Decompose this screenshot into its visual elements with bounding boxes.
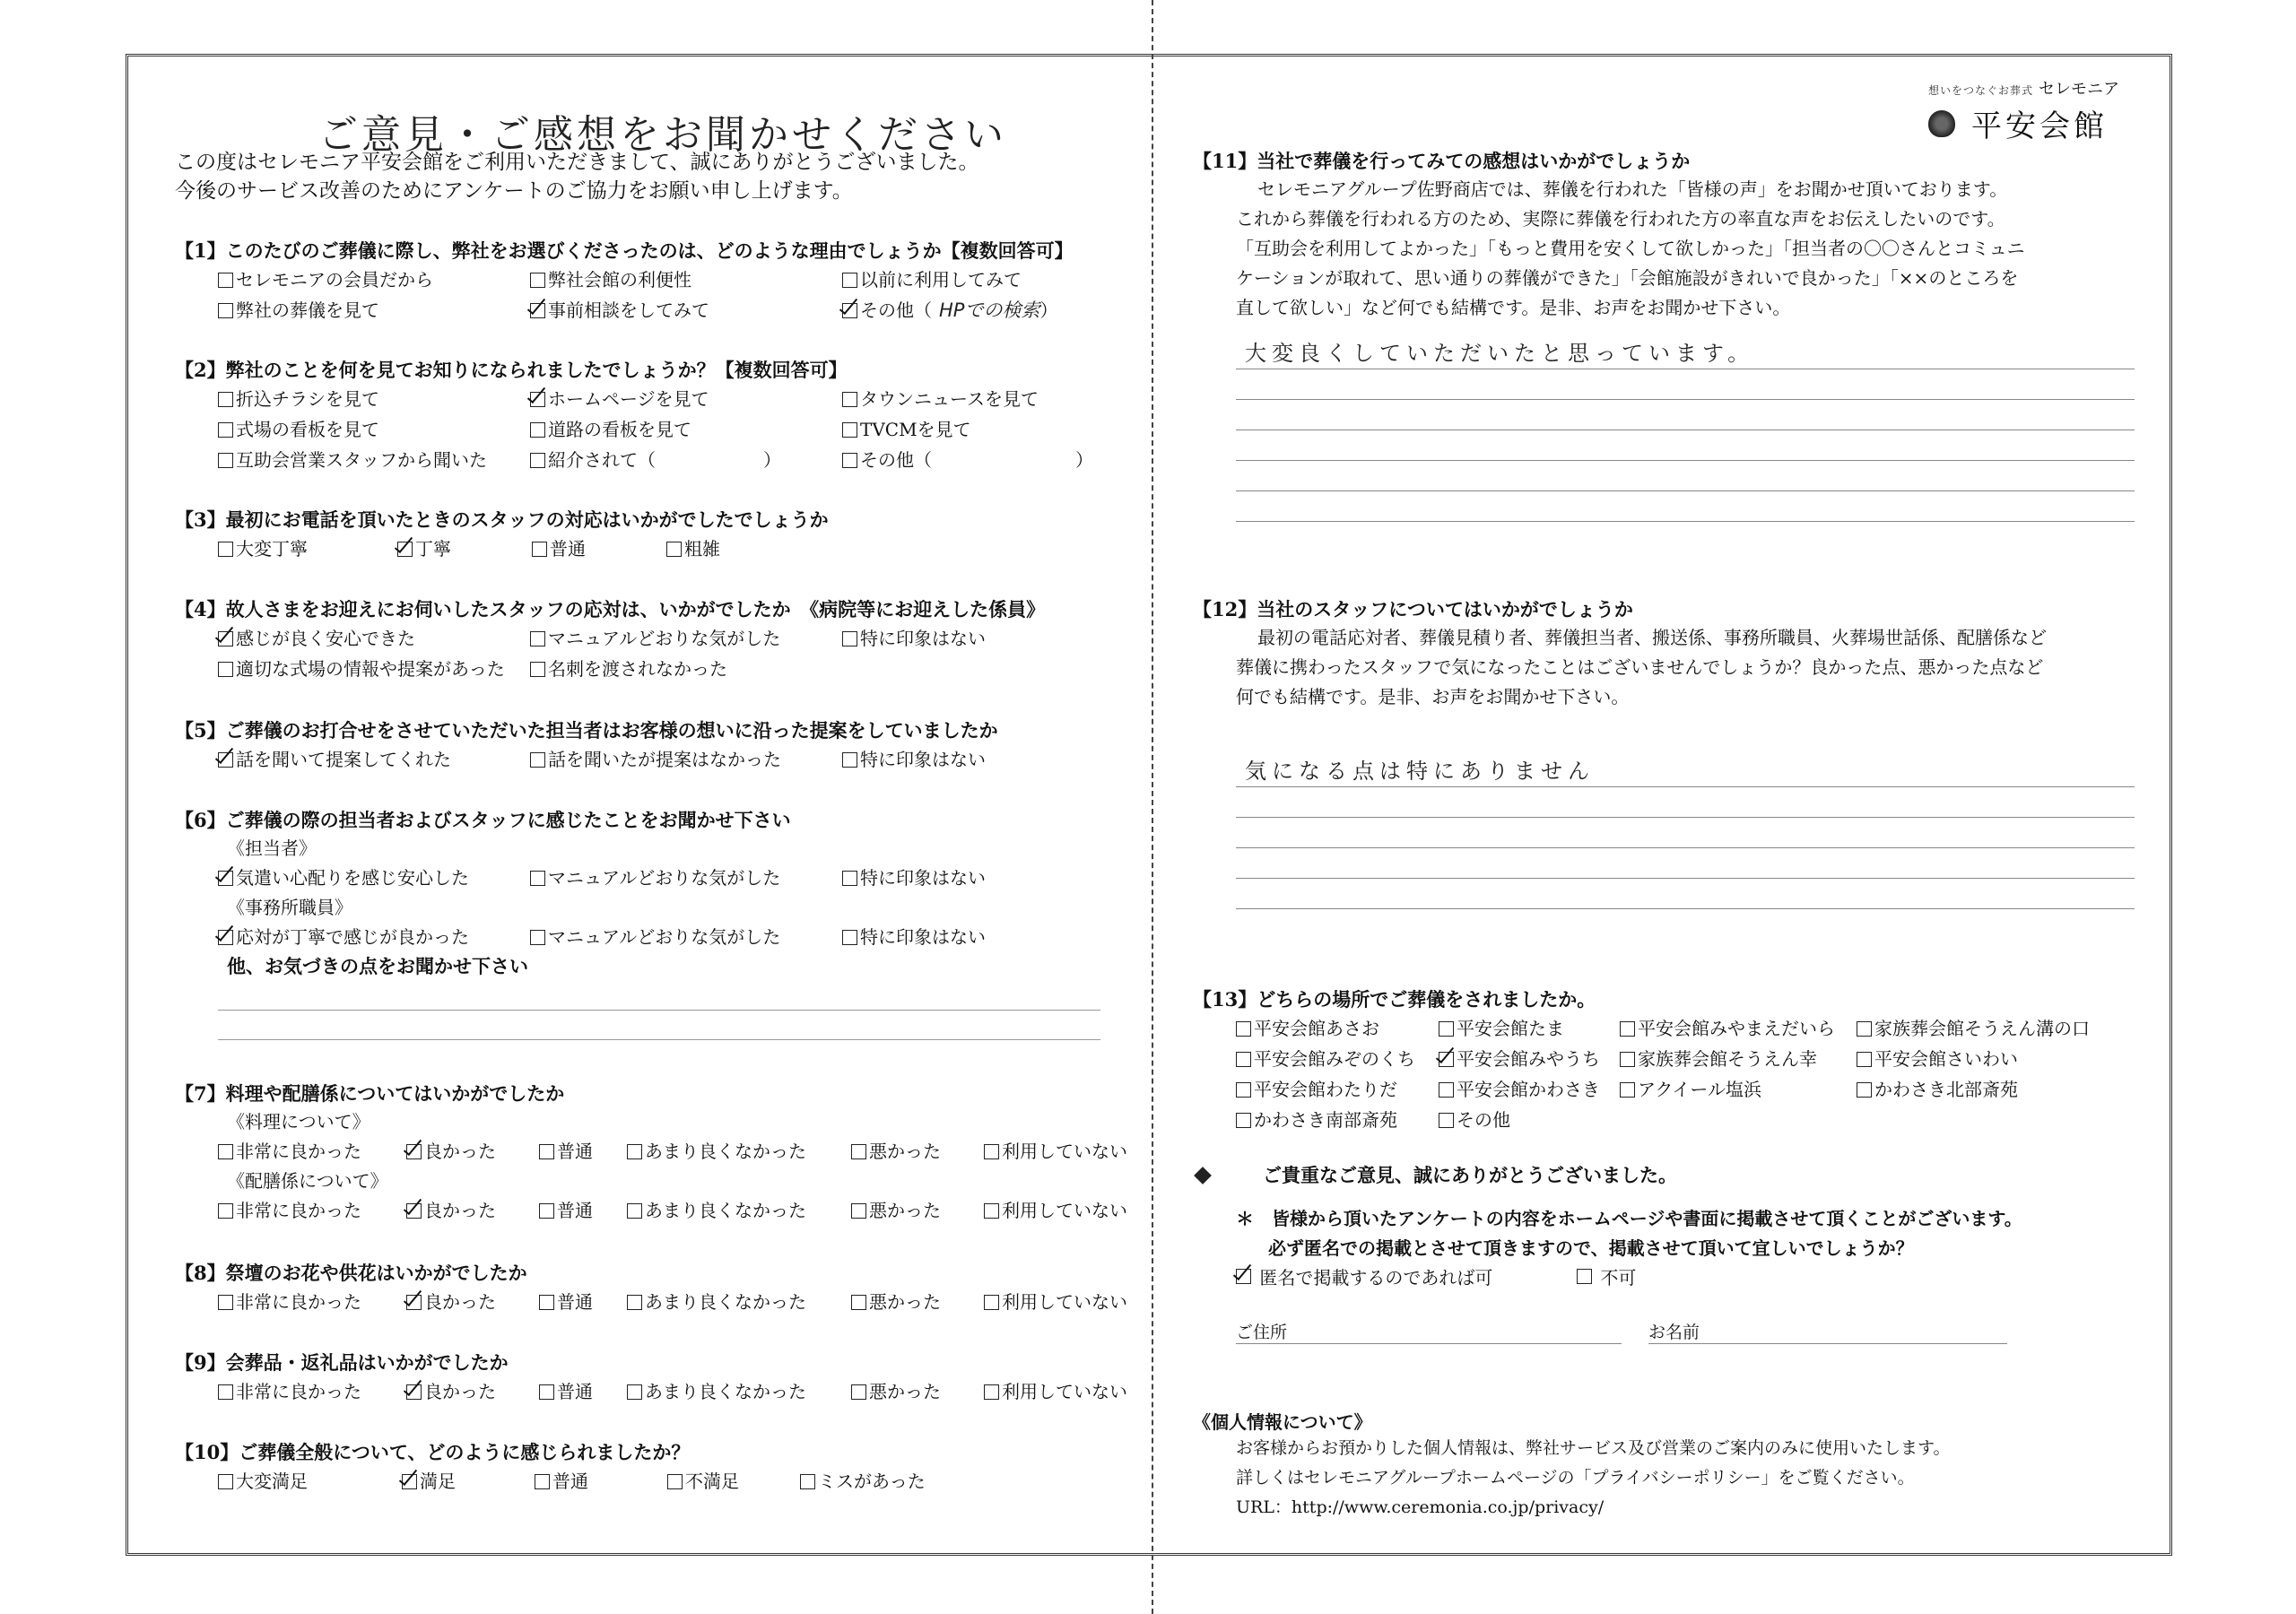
checkbox[interactable]	[218, 1384, 233, 1400]
checkbox[interactable]	[218, 1144, 233, 1159]
checkbox[interactable]	[851, 1203, 866, 1219]
q10-unsatisfied[interactable]: 不満足	[667, 1466, 800, 1497]
checkbox[interactable]	[1236, 1021, 1251, 1037]
q7-food-options: 非常に良かった 良かった 普通 あまり良くなかった 悪かった 利用していない	[175, 1136, 1135, 1167]
checkbox[interactable]	[218, 422, 233, 438]
closing-section: ご貴重なご意見、誠にありがとうございました。 ＊ 皆様から頂いたアンケートの内容…	[1193, 1161, 2135, 1344]
q13-venue-accueil-shiohama[interactable]: アクイール塩浜	[1620, 1074, 1857, 1105]
checkbox[interactable]	[530, 631, 545, 646]
publish-notice: ＊ 皆様から頂いたアンケートの内容をホームページや書面に掲載させて頂くことがござ…	[1193, 1204, 2135, 1263]
checkbox[interactable]	[851, 1144, 866, 1159]
q5-option-listened-proposed[interactable]: 話を聞いて提案してくれた	[218, 744, 530, 775]
logo-mark-icon	[1928, 110, 1955, 137]
checkbox-checked[interactable]	[406, 1144, 422, 1159]
logo-tagline: 想いをつなぐお葬式	[1928, 84, 2033, 97]
q13-venue-kawasaki[interactable]: 平安会館かわさき	[1439, 1074, 1620, 1105]
checkbox[interactable]	[667, 1474, 683, 1489]
checkbox[interactable]	[1439, 1021, 1454, 1037]
checkbox[interactable]	[842, 871, 857, 886]
question-13: 【13】どちらの場所でご葬儀をされましたか。 平安会館あさお 平安会館たま 平安…	[1193, 986, 2135, 1135]
checkbox[interactable]	[627, 1295, 642, 1310]
checkbox-checked[interactable]	[218, 871, 233, 886]
q4-option-no-impression[interactable]: 特に印象はない	[842, 623, 1111, 654]
checkbox[interactable]	[218, 303, 233, 318]
q5-options: 話を聞いて提案してくれた 話を聞いたが提案はなかった 特に印象はない	[175, 744, 1135, 775]
privacy-heading: 《個人情報について》	[1193, 1408, 2135, 1434]
checkbox-checked[interactable]	[842, 303, 857, 318]
q6-office-option-no-impression[interactable]: 特に印象はない	[842, 922, 1111, 952]
question-9: 【9】会葬品・返礼品はいかがでしたか 非常に良かった 良かった 普通 あまり良く…	[175, 1349, 1135, 1407]
q10-mistake[interactable]: ミスがあった	[800, 1466, 979, 1497]
checkbox-checked[interactable]	[397, 542, 413, 557]
publish-consent-options: 匿名で掲載するのであれば可 不可	[1193, 1263, 2135, 1289]
q2-option-venue-sign[interactable]: 式場の看板を見て	[218, 414, 530, 445]
checkbox-checked[interactable]	[218, 752, 233, 768]
checkbox-checked[interactable]	[1236, 1269, 1251, 1284]
q8-very-good[interactable]: 非常に良かった	[218, 1287, 406, 1317]
q9-not-used[interactable]: 利用していない	[984, 1376, 1127, 1407]
checkbox[interactable]	[530, 752, 545, 768]
q7-food-very-good[interactable]: 非常に良かった	[218, 1136, 406, 1167]
thanks-message: ご貴重なご意見、誠にありがとうございました。	[1193, 1161, 2135, 1188]
q12-answer-area[interactable]: 気になる点は特にありません	[1236, 757, 2135, 909]
q8-normal[interactable]: 普通	[539, 1287, 627, 1317]
q6-comment-line-1[interactable]	[218, 981, 1100, 1011]
checkbox[interactable]	[1620, 1021, 1635, 1037]
q1-options: セレモニアの会員だから 弊社会館の利便性 以前に利用してみて 弊社の葬儀を見て …	[175, 265, 1135, 325]
q13-venue-tama[interactable]: 平安会館たま	[1439, 1013, 1620, 1044]
checkbox[interactable]	[218, 542, 233, 557]
q13-venue-kawasaki-nanbu[interactable]: かわさき南部斎苑	[1236, 1105, 1439, 1135]
q4-option-manual[interactable]: マニュアルどおりな気がした	[530, 623, 842, 654]
q8-not-good[interactable]: あまり良くなかった	[627, 1287, 851, 1317]
q6-staff-option-caring[interactable]: 気遣い心配りを感じ安心した	[218, 863, 530, 893]
checkbox-checked[interactable]	[218, 930, 233, 945]
q12-handwritten-answer: 気になる点は特にありません	[1245, 753, 1595, 785]
checkbox[interactable]	[1857, 1021, 1872, 1037]
q10-options: 大変満足 満足 普通 不満足 ミスがあった	[175, 1466, 1135, 1497]
question-11: 【11】当社で葬儀を行ってみての感想はいかがでしょうか セレモニアグループ佐野商…	[1193, 148, 2135, 522]
q10-satisfied[interactable]: 満足	[402, 1466, 535, 1497]
q13-venue-kawasaki-hokubu[interactable]: かわさき北部斎苑	[1857, 1074, 2092, 1105]
q11-description: セレモニアグループ佐野商店では、葬儀を行われた「皆様の声」をお聞かせ頂いておりま…	[1193, 175, 2135, 323]
q10-very-satisfied[interactable]: 大変満足	[218, 1466, 402, 1497]
checkbox[interactable]	[1857, 1082, 1872, 1098]
question-text: どちらの場所でご葬儀をされましたか。	[1257, 988, 1596, 1011]
q1-option-used-before[interactable]: 以前に利用してみて	[842, 265, 1111, 295]
handwritten-other-reason[interactable]: HPでの検索	[939, 295, 1039, 325]
q8-not-used[interactable]: 利用していない	[984, 1287, 1127, 1317]
checkbox[interactable]	[1439, 1082, 1454, 1098]
q3-options: 大変丁寧 丁寧 普通 粗雑	[175, 534, 1135, 564]
privacy-url-link[interactable]: URL：http://www.ceremonia.co.jp/privacy/	[1236, 1493, 2135, 1523]
q13-venue-saiwai[interactable]: 平安会館さいわい	[1857, 1044, 2092, 1074]
q7-food-label: 《料理について》	[175, 1107, 1135, 1136]
checkbox[interactable]	[1236, 1052, 1251, 1067]
checkbox[interactable]	[539, 1384, 554, 1400]
q13-venue-miyauchi[interactable]: 平安会館みやうち	[1439, 1044, 1620, 1074]
q6-office-option-manual[interactable]: マニュアルどおりな気がした	[530, 922, 842, 952]
signature-fields: ご住所 お名前	[1193, 1316, 2135, 1344]
q13-venue-other[interactable]: その他	[1439, 1105, 1620, 1135]
q6-staff-label: 《担当者》	[175, 834, 1135, 863]
checkbox[interactable]	[218, 273, 233, 288]
checkbox-checked[interactable]	[530, 392, 545, 407]
q9-very-good[interactable]: 非常に良かった	[218, 1376, 406, 1407]
checkbox[interactable]	[539, 1144, 554, 1159]
q7-food-not-good[interactable]: あまり良くなかった	[627, 1136, 851, 1167]
q13-venue-soen-saiwai[interactable]: 家族葬会館そうえん幸	[1620, 1044, 1857, 1074]
page-fold-divider	[1152, 0, 1153, 1614]
checkbox-checked[interactable]	[406, 1203, 422, 1219]
q5-option-no-proposal[interactable]: 話を聞いたが提案はなかった	[530, 744, 842, 775]
checkbox[interactable]	[842, 752, 857, 768]
q7-server-options: 非常に良かった 良かった 普通 あまり良くなかった 悪かった 利用していない	[175, 1195, 1135, 1226]
q7-server-normal[interactable]: 普通	[539, 1195, 627, 1226]
q6-staff-options: 気遣い心配りを感じ安心した マニュアルどおりな気がした 特に印象はない	[175, 863, 1135, 893]
q6-comment-line-2[interactable]	[218, 1011, 1100, 1040]
checkbox[interactable]	[1857, 1052, 1872, 1067]
question-text: 祭壇のお花や供花はいかがでしたか	[226, 1262, 527, 1284]
q12-description: 最初の電話応対者、葬儀見積り者、葬儀担当者、搬送係、事務所職員、火葬場世話係、配…	[1193, 623, 2135, 712]
checkbox[interactable]	[530, 871, 545, 886]
q8-options: 非常に良かった 良かった 普通 あまり良くなかった 悪かった 利用していない	[175, 1287, 1135, 1317]
q2-option-road-sign[interactable]: 道路の看板を見て	[530, 414, 842, 445]
q3-option-normal[interactable]: 普通	[532, 534, 666, 564]
q7-food-bad[interactable]: 悪かった	[851, 1136, 984, 1167]
q6-office-option-polite[interactable]: 応対が丁寧で感じが良かった	[218, 922, 530, 952]
q4-option-good-info[interactable]: 適切な式場の情報や提案があった	[218, 654, 530, 684]
checkbox[interactable]	[666, 542, 682, 557]
checkbox[interactable]	[842, 273, 857, 288]
question-6: 【6】ご葬儀の際の担当者およびスタッフに感じたことをお聞かせ下さい 《担当者》 …	[175, 807, 1135, 1040]
checkbox[interactable]	[984, 1203, 999, 1219]
q4-options: 感じが良く安心できた マニュアルどおりな気がした 特に印象はない 適切な式場の情…	[175, 623, 1135, 684]
checkbox[interactable]	[1577, 1269, 1592, 1284]
checkbox[interactable]	[530, 662, 545, 677]
checkbox-checked[interactable]	[406, 1384, 422, 1400]
checkbox[interactable]	[851, 1384, 866, 1400]
company-logo: 想いをつなぐお葬式セレモニア 平安会館	[1928, 76, 2119, 145]
q7-server-bad[interactable]: 悪かった	[851, 1195, 984, 1226]
checkbox[interactable]	[218, 662, 233, 677]
q9-good[interactable]: 良かった	[406, 1376, 539, 1407]
checkbox[interactable]	[842, 392, 857, 407]
q9-normal[interactable]: 普通	[539, 1376, 627, 1407]
checkbox[interactable]	[627, 1144, 642, 1159]
question-text: 会葬品・返礼品はいかがでしたか	[226, 1351, 509, 1374]
question-7: 【7】料理や配膳係についてはいかがでしたか 《料理について》 非常に良かった 良…	[175, 1080, 1135, 1226]
checkbox[interactable]	[218, 392, 233, 407]
privacy-section: 《個人情報について》 お客様からお預かりした個人情報は、弊社サービス及び営業のご…	[1193, 1408, 2135, 1523]
q1-option-convenience[interactable]: 弊社会館の利便性	[530, 265, 842, 295]
q13-venue-soen-mizonokuchi[interactable]: 家族葬会館そうえん溝の口	[1857, 1013, 2092, 1044]
checkbox[interactable]	[842, 930, 857, 945]
question-8: 【8】祭壇のお花や供花はいかがでしたか 非常に良かった 良かった 普通 あまり良…	[175, 1260, 1135, 1317]
q6-office-label: 《事務所職員》	[175, 893, 1135, 922]
q9-not-good[interactable]: あまり良くなかった	[627, 1376, 851, 1407]
question-text: 故人さまをお迎えにお伺いしたスタッフの応対は、いかがでしたか 《病院等にお迎えし…	[226, 598, 1046, 620]
checkbox-checked[interactable]	[402, 1474, 417, 1489]
checkbox[interactable]	[1439, 1113, 1454, 1128]
logo-brand: セレモニア	[2039, 80, 2119, 99]
checkbox-checked[interactable]	[1439, 1052, 1454, 1067]
checkbox[interactable]	[984, 1295, 999, 1310]
q2-option-other[interactable]: その他（ ）	[842, 445, 1111, 475]
q3-option-very-polite[interactable]: 大変丁寧	[218, 534, 397, 564]
q4-option-no-card[interactable]: 名刺を渡されなかった	[530, 654, 842, 684]
q6-staff-option-no-impression[interactable]: 特に印象はない	[842, 863, 1111, 893]
q1-option-member[interactable]: セレモニアの会員だから	[218, 265, 530, 295]
q13-venue-asao[interactable]: 平安会館あさお	[1236, 1013, 1439, 1044]
checkbox[interactable]	[532, 542, 547, 557]
q11-handwritten-answer: 大変良くしていただいたと思っています。	[1245, 335, 1754, 367]
checkbox[interactable]	[984, 1384, 999, 1400]
checkbox[interactable]	[627, 1203, 642, 1219]
privacy-text: お客様からお預かりした個人情報は、弊社サービス及び営業のご案内のみに使用いたしま…	[1193, 1434, 2135, 1523]
question-text: 当社のスタッフについてはいかがでしょうか	[1257, 598, 1633, 620]
question-3: 【3】最初にお電話を頂いたときのスタッフの対応はいかがでしたでしょうか 大変丁寧…	[175, 507, 1135, 564]
q13-venue-miyamaedaira[interactable]: 平安会館みやまえだいら	[1620, 1013, 1857, 1044]
address-field[interactable]: ご住所	[1236, 1316, 1622, 1344]
question-12: 【12】当社のスタッフについてはいかがでしょうか 最初の電話応対者、葬儀見積り者…	[1193, 596, 2135, 909]
checkbox[interactable]	[627, 1384, 642, 1400]
checkbox[interactable]	[1620, 1082, 1635, 1098]
q5-option-no-impression[interactable]: 特に印象はない	[842, 744, 1111, 775]
checkbox[interactable]	[1236, 1113, 1251, 1128]
q1-option-consultation[interactable]: 事前相談をしてみて	[530, 295, 842, 325]
q1-option-other[interactable]: その他（HPでの検索）	[842, 295, 1111, 325]
q2-option-sales-staff[interactable]: 互助会営業スタッフから聞いた	[218, 445, 530, 475]
logo-name: 平安会館	[1971, 101, 2108, 145]
q7-food-not-used[interactable]: 利用していない	[984, 1136, 1127, 1167]
checkbox[interactable]	[1620, 1052, 1635, 1067]
q3-option-polite[interactable]: 丁寧	[397, 534, 532, 564]
q2-option-town-news[interactable]: タウンニュースを見て	[842, 384, 1111, 414]
consent-not-allowed[interactable]: 不可	[1577, 1263, 1918, 1289]
q7-server-very-good[interactable]: 非常に良かった	[218, 1195, 406, 1226]
checkbox-checked[interactable]	[218, 631, 233, 646]
q11-answer-area[interactable]: 大変良くしていただいたと思っています。	[1236, 339, 2135, 522]
checkbox[interactable]	[535, 1474, 550, 1489]
q7-server-good[interactable]: 良かった	[406, 1195, 539, 1226]
question-text: 最初にお電話を頂いたときのスタッフの対応はいかがでしたでしょうか	[226, 508, 829, 531]
checkbox[interactable]	[530, 930, 545, 945]
question-text: ご葬儀全般について、どのように感じられましたか？	[239, 1441, 690, 1463]
question-text: ご葬儀のお打合せをさせていただいた担当者はお客様の想いに沿った提案をしていました…	[226, 719, 998, 742]
checkbox-checked[interactable]	[530, 303, 545, 318]
q13-options: 平安会館あさお 平安会館たま 平安会館みやまえだいら 家族葬会館そうえん溝の口 …	[1193, 1013, 2135, 1135]
question-10: 【10】ご葬儀全般について、どのように感じられましたか？ 大変満足 満足 普通 …	[175, 1439, 1135, 1497]
q8-bad[interactable]: 悪かった	[851, 1287, 984, 1317]
q6-other-prompt: 他、お気づきの点をお聞かせ下さい	[175, 952, 1135, 981]
question-1: 【1】このたびのご葬儀に際し、弊社をお選びくださったのは、どのような理由でしょう…	[175, 238, 1135, 325]
checkbox[interactable]	[800, 1474, 815, 1489]
q2-options: 折込チラシを見て ホームページを見て タウンニュースを見て 式場の看板を見て 道…	[175, 384, 1135, 475]
consent-anonymous-ok[interactable]: 匿名で掲載するのであれば可	[1236, 1263, 1577, 1289]
checkbox[interactable]	[842, 631, 857, 646]
q1-option-saw-funeral[interactable]: 弊社の葬儀を見て	[218, 295, 530, 325]
q7-server-not-used[interactable]: 利用していない	[984, 1195, 1127, 1226]
q13-venue-mizonokuchi[interactable]: 平安会館みぞのくち	[1236, 1044, 1439, 1074]
q7-server-label: 《配膳係について》	[175, 1167, 1135, 1195]
checkbox[interactable]	[218, 1295, 233, 1310]
q13-venue-wataruda[interactable]: 平安会館わたりだ	[1236, 1074, 1439, 1105]
checkbox[interactable]	[218, 1474, 233, 1489]
checkbox[interactable]	[539, 1203, 554, 1219]
checkbox[interactable]	[842, 453, 857, 468]
checkbox[interactable]	[530, 453, 545, 468]
checkbox[interactable]	[851, 1295, 866, 1310]
q3-option-rude[interactable]: 粗雑	[666, 534, 801, 564]
q7-food-good[interactable]: 良かった	[406, 1136, 539, 1167]
q2-option-flyer[interactable]: 折込チラシを見て	[218, 384, 530, 414]
q2-option-referral[interactable]: 紹介されて（ ）	[530, 445, 842, 475]
q9-options: 非常に良かった 良かった 普通 あまり良くなかった 悪かった 利用していない	[175, 1376, 1135, 1407]
question-text: 当社で葬儀を行ってみての感想はいかがでしょうか	[1257, 150, 1690, 172]
q6-office-options: 応対が丁寧で感じが良かった マニュアルどおりな気がした 特に印象はない	[175, 922, 1135, 952]
question-4: 【4】故人さまをお迎えにお伺いしたスタッフの応対は、いかがでしたか 《病院等にお…	[175, 596, 1135, 684]
question-2: 【2】弊社のことを何を見てお知りになられましたでしょうか？【複数回答可】 折込チ…	[175, 357, 1135, 475]
name-field[interactable]: お名前	[1648, 1316, 2007, 1344]
question-5: 【5】ご葬儀のお打合せをさせていただいた担当者はお客様の想いに沿った提案をしてい…	[175, 717, 1135, 775]
checkbox-checked[interactable]	[406, 1295, 422, 1310]
q2-option-homepage[interactable]: ホームページを見て	[530, 384, 842, 414]
q2-option-tvcm[interactable]: TVCMを見て	[842, 414, 1111, 445]
q4-option-reassuring[interactable]: 感じが良く安心できた	[218, 623, 530, 654]
checkbox[interactable]	[530, 273, 545, 288]
checkbox[interactable]	[842, 422, 857, 438]
question-text: このたびのご葬儀に際し、弊社をお選びくださったのは、どのような理由でしょうか【複…	[226, 239, 1074, 262]
diamond-bullet-icon	[1194, 1167, 1212, 1184]
q9-bad[interactable]: 悪かった	[851, 1376, 984, 1407]
question-text: 料理や配膳係についてはいかがでしたか	[226, 1082, 565, 1105]
checkbox[interactable]	[539, 1295, 554, 1310]
q6-staff-option-manual[interactable]: マニュアルどおりな気がした	[530, 863, 842, 893]
checkbox[interactable]	[218, 1203, 233, 1219]
q7-food-normal[interactable]: 普通	[539, 1136, 627, 1167]
question-text: ご葬儀の際の担当者およびスタッフに感じたことをお聞かせ下さい	[226, 809, 791, 831]
question-text: 弊社のことを何を見てお知りになられましたでしょうか？【複数回答可】	[226, 359, 848, 381]
intro-text: この度はセレモニア平安会館をご利用いただきまして、誠にありがとうございました。 …	[175, 148, 979, 205]
q10-normal[interactable]: 普通	[535, 1466, 667, 1497]
checkbox[interactable]	[530, 422, 545, 438]
checkbox[interactable]	[218, 453, 233, 468]
q7-server-not-good[interactable]: あまり良くなかった	[627, 1195, 851, 1226]
checkbox[interactable]	[984, 1144, 999, 1159]
checkbox[interactable]	[1236, 1082, 1251, 1098]
q8-good[interactable]: 良かった	[406, 1287, 539, 1317]
